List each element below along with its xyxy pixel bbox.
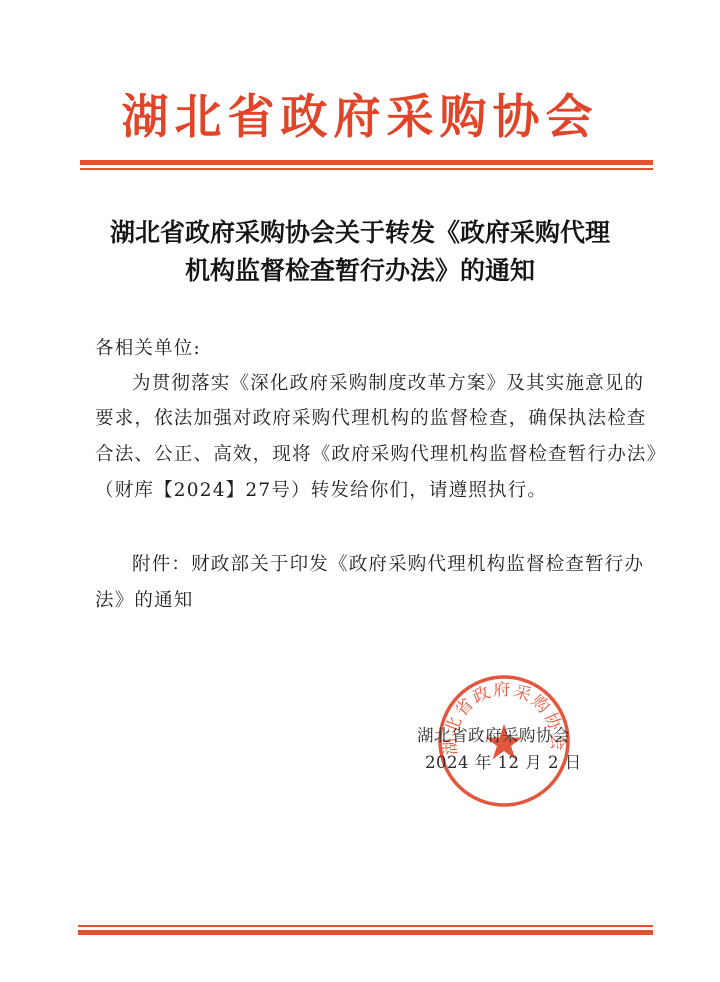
masthead-rule-thin — [80, 168, 653, 170]
attachment-line-1: 附件：财政部关于印发《政府采购代理机构监督检查暂行办 — [132, 553, 644, 577]
document-title: 湖北省政府采购协会关于转发《政府采购代理 机构监督检查暂行办法》的通知 — [0, 214, 720, 290]
title-line-1: 湖北省政府采购协会关于转发《政府采购代理 — [0, 214, 720, 252]
masthead-org-name: 湖北省政府采购协会 — [0, 88, 720, 148]
title-line-2: 机构监督检查暂行办法》的通知 — [0, 252, 720, 290]
signature-org: 湖北省政府采购协会 — [417, 722, 570, 746]
footer-rule-thick — [78, 930, 653, 935]
body-line-4: （财库【2024】27号）转发给你们，请遵照执行。 — [95, 479, 547, 503]
body-line-3: 合法、公正、高效，现将《政府采购代理机构监督检查暂行办法》 — [95, 443, 666, 467]
signature-date: 2024 年 12 月 2 日 — [425, 749, 582, 773]
masthead-rule-thick — [80, 160, 653, 165]
salutation: 各相关单位: — [95, 337, 201, 361]
footer-rule-thin — [78, 925, 653, 927]
attachment-line-2: 法》的通知 — [95, 589, 194, 613]
body-line-2: 要求，依法加强对政府采购代理机构的监督检查，确保执法检查 — [95, 407, 647, 431]
body-line-1: 为贯彻落实《深化政府采购制度改革方案》及其实施意见的 — [132, 372, 644, 396]
